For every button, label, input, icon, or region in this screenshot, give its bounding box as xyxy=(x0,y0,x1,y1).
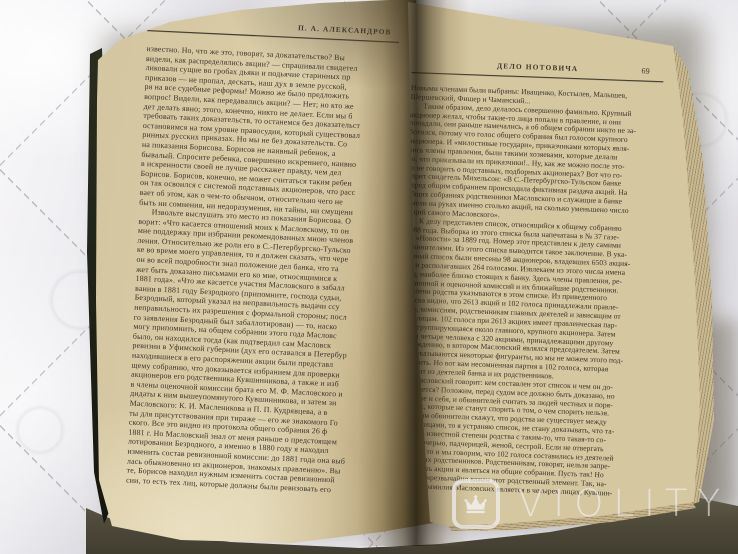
left-page-text: известно. Но, что же это, говорят, за до… xyxy=(126,44,399,497)
open-book-photo: 68 П. А. АЛЕКСАНДРОВ известно. Но, что ж… xyxy=(0,0,738,554)
left-page-content: 68 П. А. АЛЕКСАНДРОВ известно. Но, что ж… xyxy=(126,16,400,497)
crown-icon xyxy=(463,493,490,516)
right-page-content: ДЕЛО НОТОВИЧА 69 Новыми членами были выб… xyxy=(396,58,664,500)
left-running-header: П. А. АЛЕКСАНДРОВ xyxy=(298,23,392,36)
right-page-number: 69 xyxy=(641,66,650,75)
violity-watermark: VIOLITY xyxy=(452,479,730,529)
watermark-frame xyxy=(452,479,500,529)
right-page-text: Новыми членами были выбраны: Иващенко, К… xyxy=(396,84,663,500)
right-running-header: ДЕЛО НОТОВИЧА xyxy=(497,61,579,73)
left-page: 68 П. А. АЛЕКСАНДРОВ известно. Но, что ж… xyxy=(86,0,438,550)
watermark-text: VIOLITY xyxy=(518,479,730,529)
right-page: ДЕЛО НОТОВИЧА 69 Новыми членами были выб… xyxy=(392,0,726,552)
